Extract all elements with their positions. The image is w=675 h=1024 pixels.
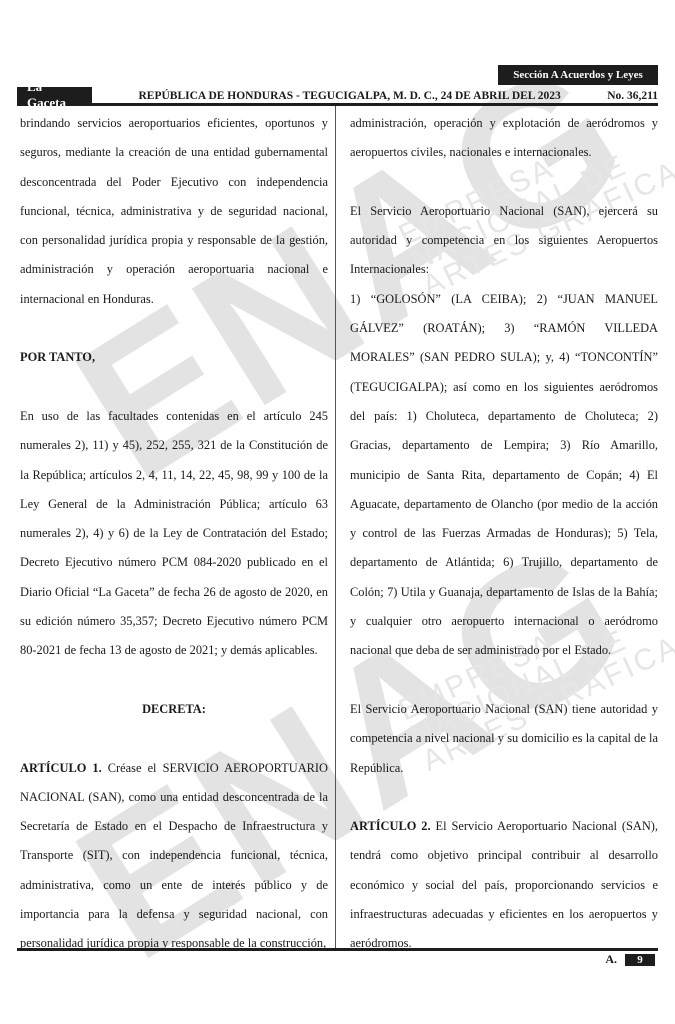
- paragraph: El Servicio Aeroportuario Nacional (SAN)…: [350, 695, 658, 783]
- heading-decreta: DECRETA:: [20, 695, 328, 724]
- paragraph: brindando servicios aeroportuarios efici…: [20, 109, 328, 314]
- section-prefix: A.: [605, 952, 617, 967]
- brand-label: La Gaceta: [17, 87, 92, 103]
- left-column: brindando servicios aeroportuarios efici…: [20, 109, 328, 959]
- page-header: La Gaceta REPÚBLICA DE HONDURAS - TEGUCI…: [17, 85, 658, 106]
- airport-list: 1) “GOLOSÓN” (LA CEIBA); 2) “JUAN MANUEL…: [350, 285, 658, 666]
- paragraph: El Servicio Aeroportuario Nacional (SAN)…: [350, 197, 658, 285]
- column-divider: [335, 106, 336, 951]
- page-footer: A. 9: [605, 952, 655, 967]
- footer-rule: [17, 948, 658, 951]
- paragraph: administración, operación y explotación …: [350, 109, 658, 168]
- article-label: ARTÍCULO 1.: [20, 761, 102, 775]
- heading-por-tanto: POR TANTO,: [20, 343, 328, 372]
- article-label: ARTÍCULO 2.: [350, 819, 431, 833]
- right-column: administración, operación y explotación …: [350, 109, 658, 959]
- header-title: REPÚBLICA DE HONDURAS - TEGUCIGALPA, M. …: [92, 90, 607, 103]
- page-number: 9: [625, 954, 655, 966]
- article-2: ARTÍCULO 2. El Servicio Aeroportuario Na…: [350, 812, 658, 958]
- article-text: El Servicio Aeroportuario Nacional (SAN)…: [350, 819, 658, 950]
- article-text: Créase el SERVICIO AEROPORTUARIO NACIONA…: [20, 761, 328, 951]
- issue-number: No. 36,211: [607, 90, 658, 103]
- article-1: ARTÍCULO 1. Créase el SERVICIO AEROPORTU…: [20, 754, 328, 959]
- section-tab: Sección A Acuerdos y Leyes: [498, 65, 658, 85]
- paragraph: En uso de las facultades contenidas en e…: [20, 402, 328, 666]
